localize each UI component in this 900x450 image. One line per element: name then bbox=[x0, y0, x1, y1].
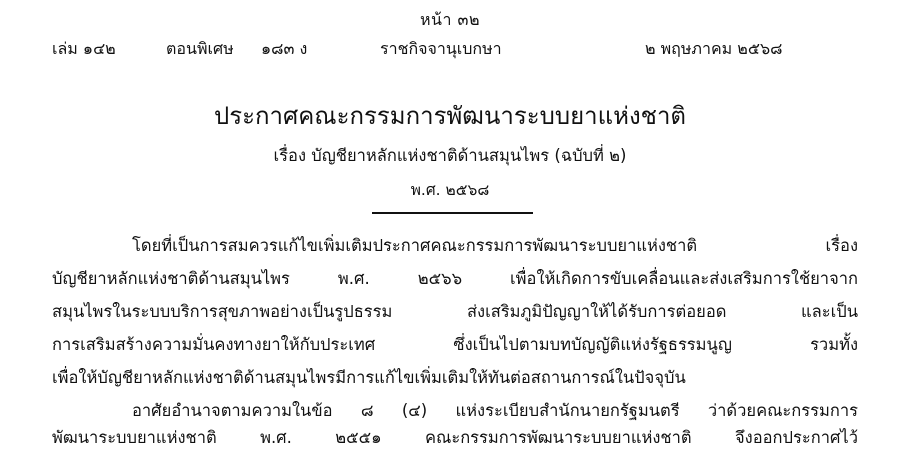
gazette-name: ราชกิจจานุเบกษา bbox=[380, 37, 502, 62]
document-year: พ.ศ. ๒๕๖๘ bbox=[0, 177, 900, 202]
gazette-page: หน้า ๓๒ เล่ม ๑๔๒ ตอนพิเศษ ๑๘๓ ง ราชกิจจา… bbox=[0, 0, 900, 450]
text-line: เพื่อให้บัญชียาหลักแห่งชาติด้านสมุนไพรมี… bbox=[52, 365, 686, 391]
section-label: ตอนพิเศษ bbox=[166, 37, 234, 62]
text-line: พัฒนาระบบยาแห่งชาติ พ.ศ. ๒๕๕๑ คณะกรรมการ… bbox=[52, 425, 858, 450]
document-title: ประกาศคณะกรรมการพัฒนาระบบยาแห่งชาติ bbox=[0, 96, 900, 135]
title-divider bbox=[372, 212, 533, 214]
section-number: ๑๘๓ ง bbox=[261, 37, 307, 62]
text-line: สมุนไพรในระบบบริการสุขภาพอย่างเป็นรูปธรร… bbox=[52, 299, 858, 325]
text-line: บัญชียาหลักแห่งชาติด้านสมุนไพร พ.ศ. ๒๕๖๖… bbox=[52, 266, 858, 292]
volume-number: เล่ม ๑๔๒ bbox=[52, 37, 116, 62]
publication-date: ๒ พฤษภาคม ๒๕๖๘ bbox=[645, 37, 782, 62]
text-line: อาศัยอำนาจตามความในข้อ ๘ (๔) แห่งระเบียบ… bbox=[132, 398, 858, 424]
text-line: โดยที่เป็นการสมควรแก้ไขเพิ่มเติมประกาศคณ… bbox=[132, 233, 858, 259]
page-number: หน้า ๓๒ bbox=[0, 8, 900, 33]
document-subject: เรื่อง บัญชียาหลักแห่งชาติด้านสมุนไพร (ฉ… bbox=[0, 143, 900, 169]
text-line: การเสริมสร้างความมั่นคงทางยาให้กับประเทศ… bbox=[52, 332, 858, 358]
